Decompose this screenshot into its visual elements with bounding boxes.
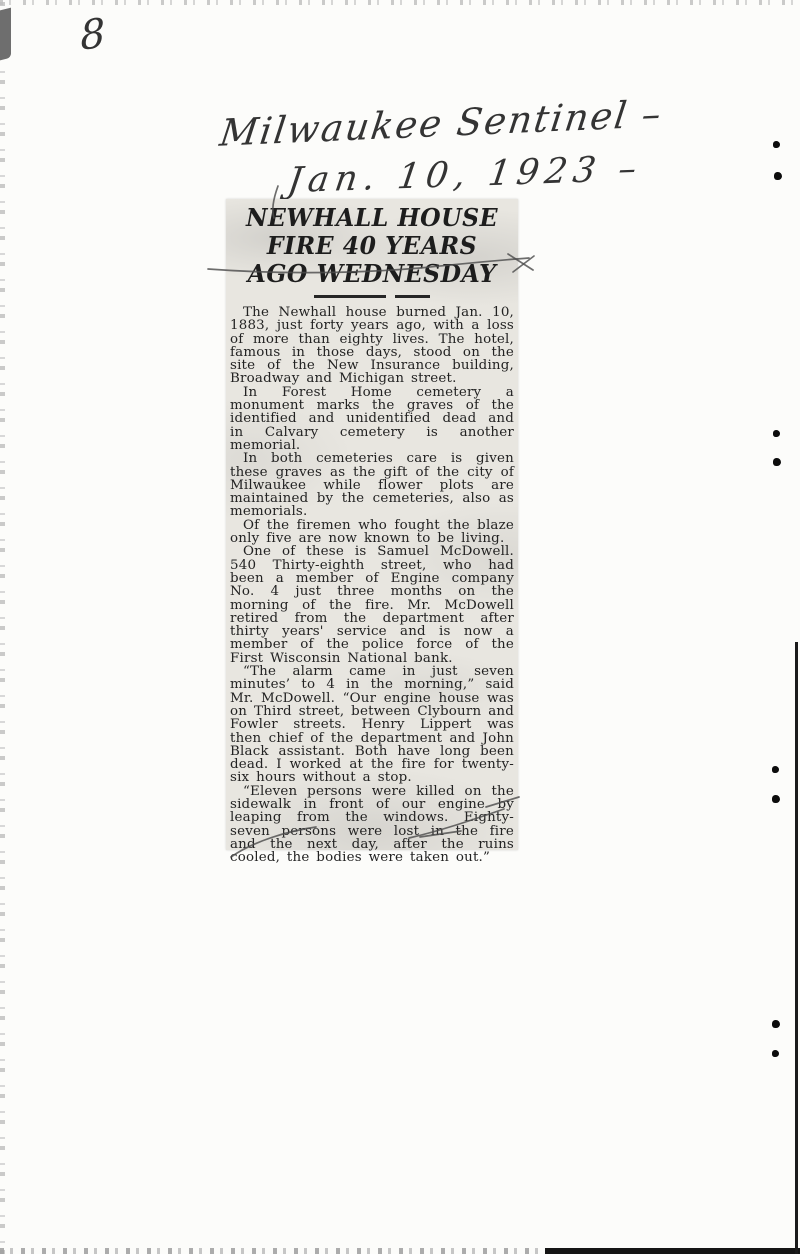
headline-divider — [314, 295, 430, 298]
handwritten-source-annotation: Milwaukee Sentinel – — [217, 92, 665, 155]
paragraph: “The alarm came in just seven minutes’ t… — [230, 665, 514, 785]
headline: NEWHALL HOUSE FIRE 40 YEARS AGO WEDNESDA… — [230, 204, 514, 288]
scanner-corner-mark — [0, 8, 11, 61]
scan-dot — [773, 141, 780, 148]
news-clipping: NEWHALL HOUSE FIRE 40 YEARS AGO WEDNESDA… — [226, 199, 518, 850]
paragraph: Of the firemen who fought the blaze only… — [230, 519, 514, 546]
scanner-bottom-edge-band — [545, 1248, 800, 1254]
scanned-page: 8 Milwaukee Sentinel – Jan. 10, 1923 – N… — [0, 0, 800, 1254]
paragraph: In both cemeteries care is given these g… — [230, 452, 514, 518]
paragraph: The Newhall house burned Jan. 10, 1883, … — [230, 306, 514, 386]
scan-dot — [774, 172, 782, 180]
scan-dot — [772, 1050, 779, 1057]
scan-dot — [773, 430, 780, 437]
paragraph: “Eleven persons were killed on the sidew… — [230, 785, 514, 865]
handwritten-date-annotation: Jan. 10, 1923 – — [285, 149, 645, 202]
paragraph: One of these is Samuel McDowell. 540 Thi… — [230, 545, 514, 665]
scan-noise-band-left — [0, 0, 5, 1254]
scan-dot — [773, 458, 781, 466]
headline-line-2: FIRE 40 YEARS — [233, 232, 511, 260]
scan-dot — [772, 1020, 780, 1028]
paragraph: In Forest Home cemetery a monument marks… — [230, 386, 514, 452]
headline-line-1: NEWHALL HOUSE — [233, 204, 511, 232]
scan-noise-band-top — [0, 0, 800, 5]
scan-dot — [772, 795, 780, 803]
scanner-right-edge-line — [795, 642, 798, 1254]
handwritten-page-number: 8 — [79, 10, 107, 60]
scan-dot — [772, 766, 779, 773]
article-body: The Newhall house burned Jan. 10, 1883, … — [230, 306, 514, 864]
headline-line-3: AGO WEDNESDAY — [233, 260, 511, 288]
